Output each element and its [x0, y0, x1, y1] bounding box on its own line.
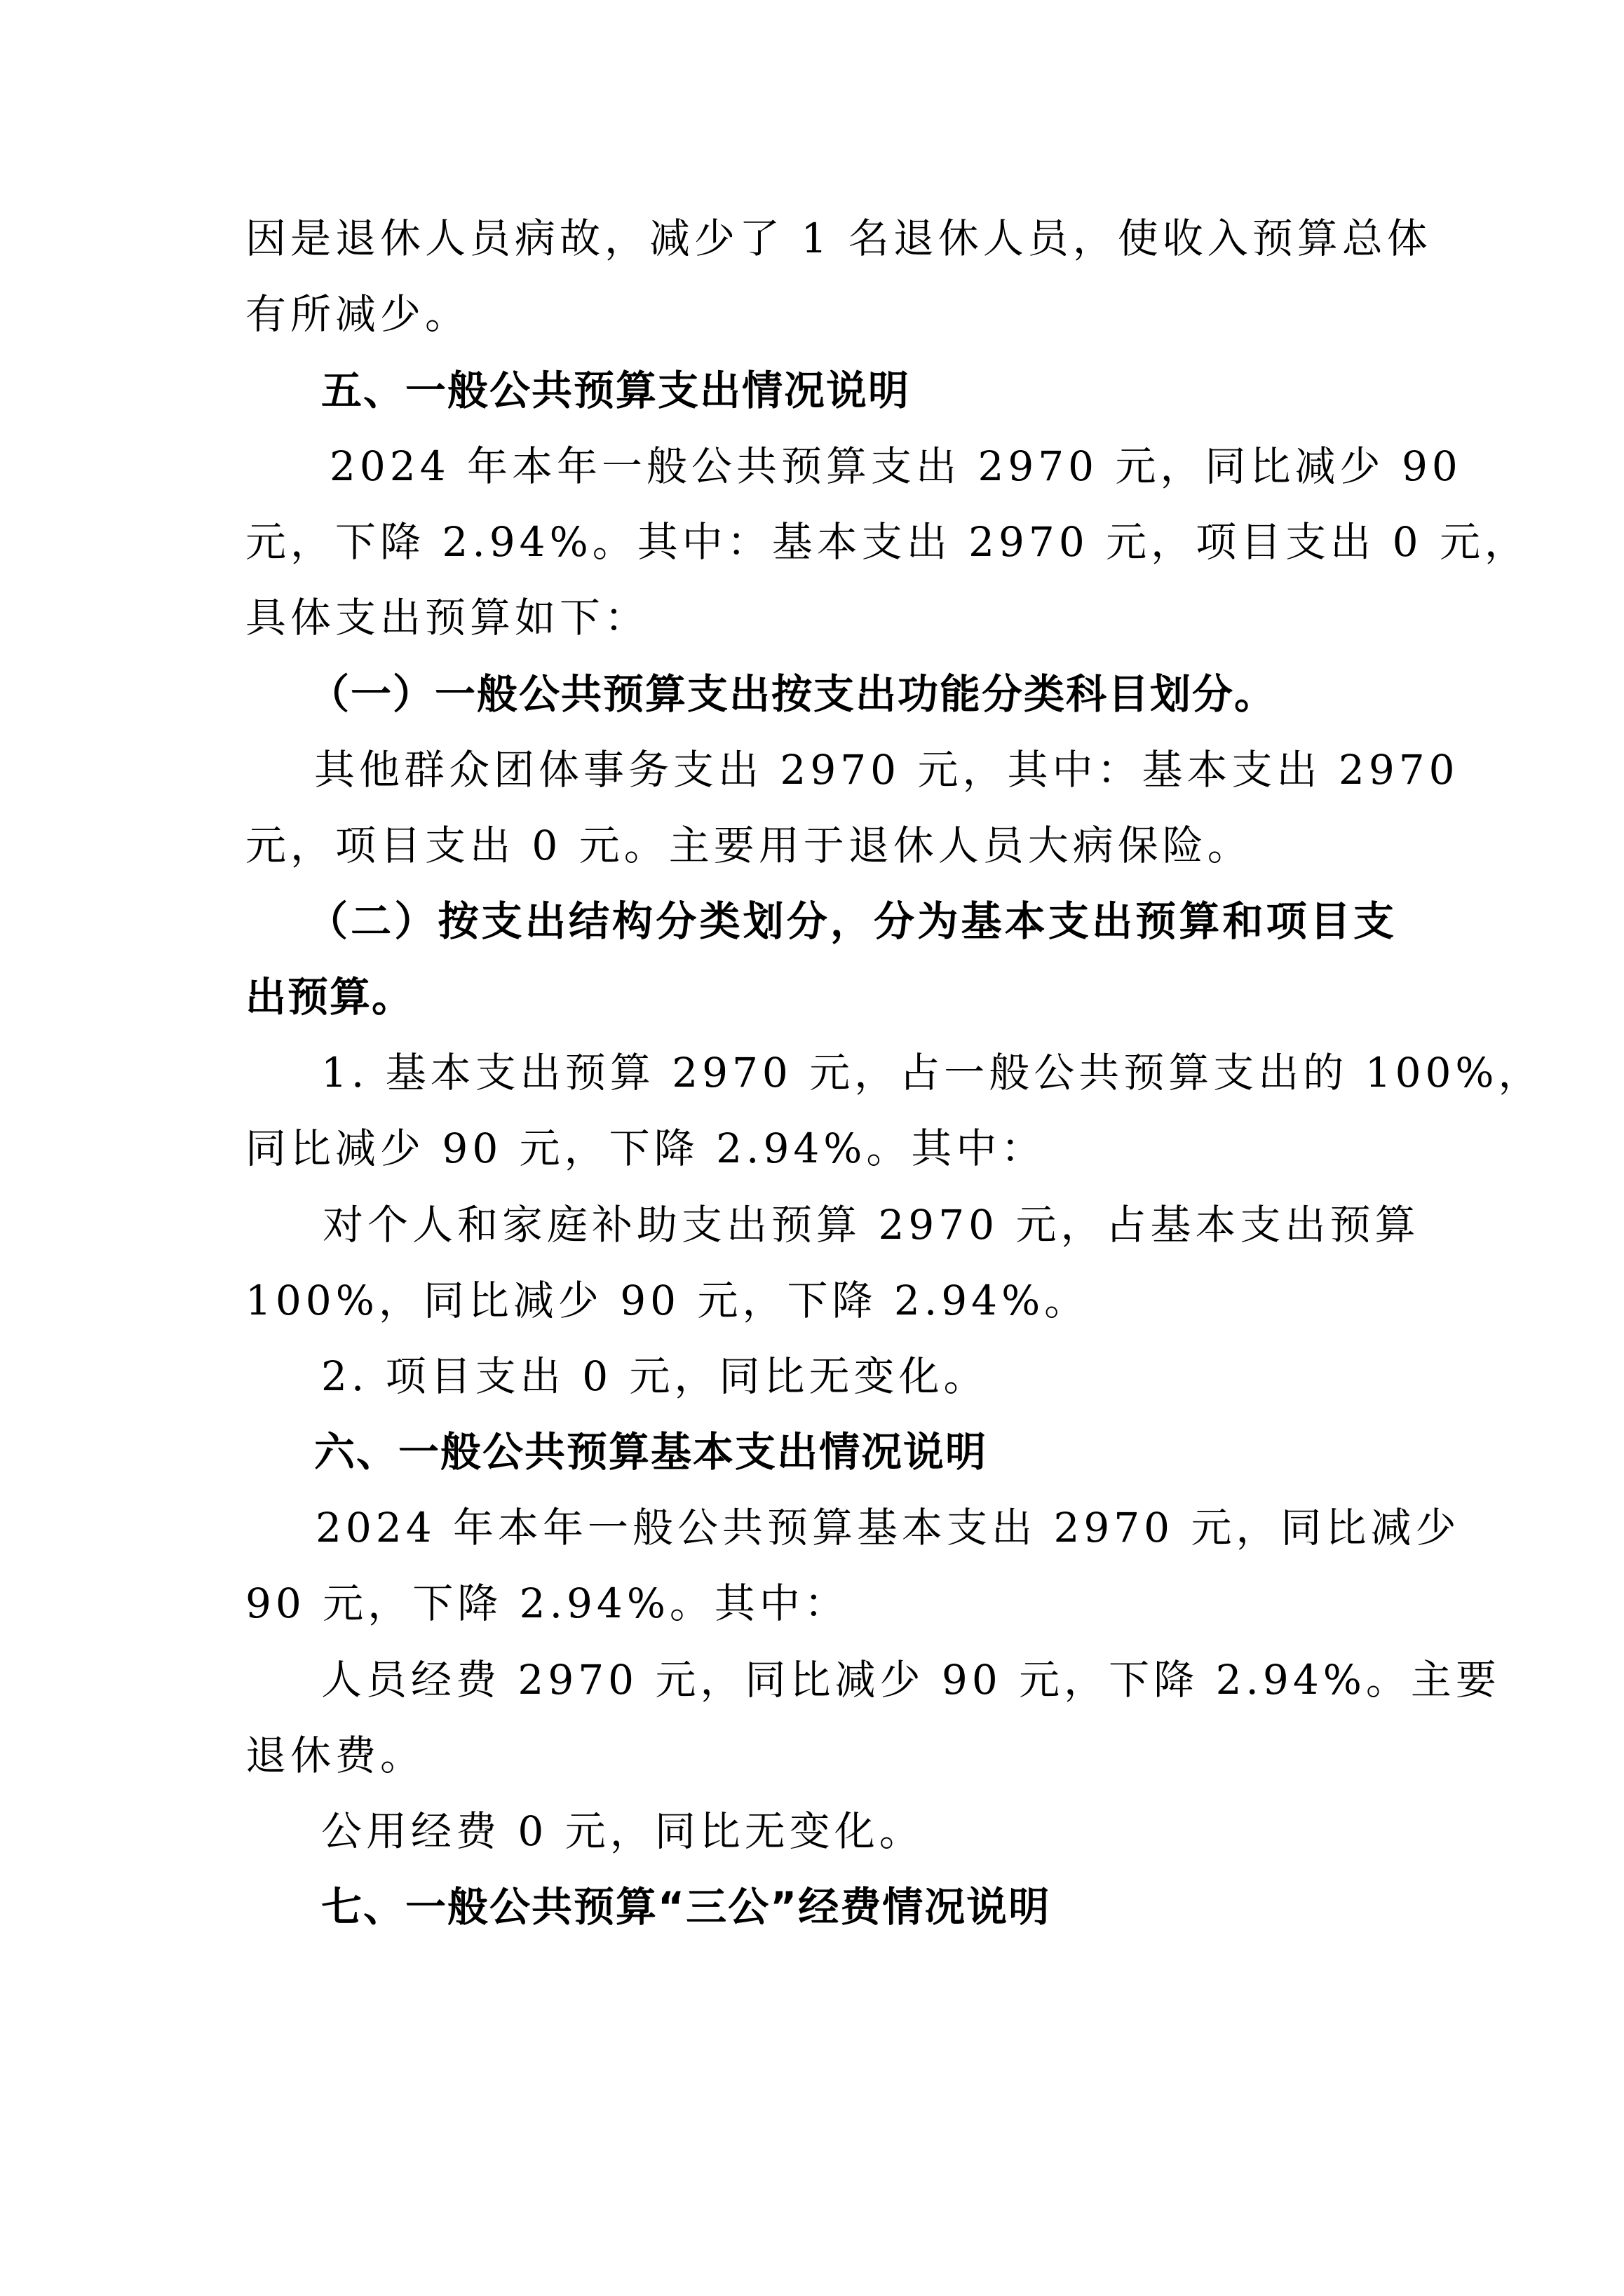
subsection-heading-2: （二）按支出结构分类划分，分为基本支出预算和项目支 [307, 893, 1395, 949]
paragraph-line: 2024 年本年一般公共预算支出 2970 元，同比减少 90 [330, 438, 1395, 494]
paragraph-line: 同比减少 90 元，下降 2.94%。其中： [245, 1120, 1395, 1176]
document-page: 因是退休人员病故，减少了 1 名退休人员，使收入预算总体 有所减少。 五、一般公… [0, 0, 1624, 2296]
paragraph-line: 1. 基本支出预算 2970 元，占一般公共预算支出的 100%， [321, 1045, 1395, 1101]
section-heading-7: 七、一般公共预算“三公”经费情况说明 [321, 1879, 1471, 1935]
paragraph-line: 元，下降 2.94%。其中：基本支出 2970 元，项目支出 0 元， [245, 514, 1395, 570]
paragraph-line: 元，项目支出 0 元。主要用于退休人员大病保险。 [245, 817, 1395, 874]
paragraph-line: 公用经费 0 元，同比无变化。 [321, 1803, 1471, 1859]
section-heading-5: 五、一般公共预算支出情况说明 [321, 362, 1471, 419]
paragraph-line: 2024 年本年一般公共预算基本支出 2970 元，同比减少 [316, 1500, 1395, 1556]
paragraph-line: 100%，同比减少 90 元，下降 2.94%。 [245, 1272, 1395, 1329]
paragraph-line: 因是退休人员病故，减少了 1 名退休人员，使收入预算总体 [245, 210, 1395, 266]
section-heading-6: 六、一般公共预算基本支出情况说明 [314, 1424, 1464, 1480]
subsection-heading-1: （一）一般公共预算支出按支出功能分类科目划分。 [309, 666, 1459, 722]
subsection-heading-2-cont: 出预算。 [245, 969, 1395, 1025]
paragraph-line: 退休费。 [245, 1727, 1395, 1784]
paragraph-line: 有所减少。 [245, 286, 1395, 342]
paragraph-line: 其他群众团体事务支出 2970 元，其中：基本支出 2970 [314, 742, 1395, 798]
paragraph-line: 2. 项目支出 0 元，同比无变化。 [321, 1348, 1471, 1404]
paragraph-line: 具体支出预算如下： [245, 590, 1395, 646]
paragraph-line: 90 元，下降 2.94%。其中： [245, 1575, 1395, 1631]
paragraph-line: 对个人和家庭补助支出预算 2970 元，占基本支出预算 [323, 1197, 1395, 1253]
paragraph-line: 人员经费 2970 元，同比减少 90 元，下降 2.94%。主要 [321, 1652, 1395, 1708]
